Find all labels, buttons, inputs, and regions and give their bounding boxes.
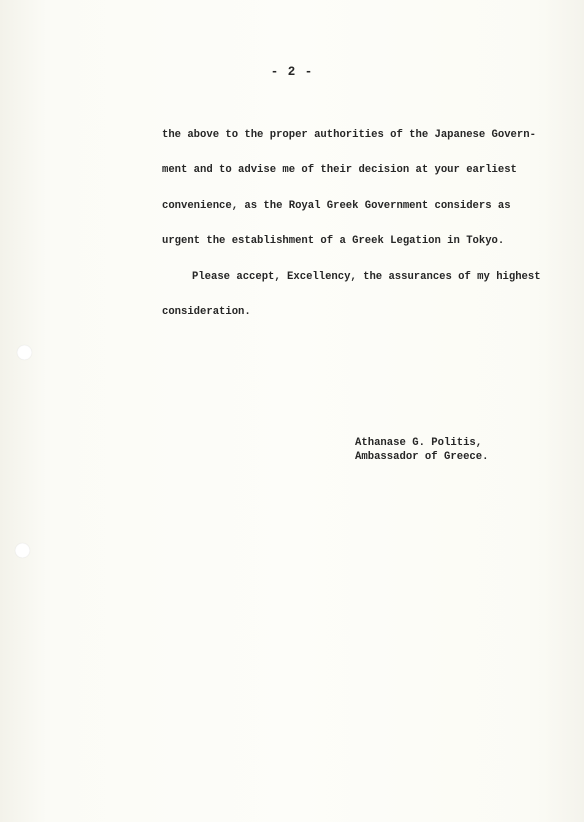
signer-name: Athanase G. Politis, — [355, 436, 489, 450]
closing-line: consideration. — [162, 303, 542, 338]
document-page: - 2 - the above to the proper authoritie… — [0, 0, 584, 822]
signature-block: Athanase G. Politis, Ambassador of Greec… — [355, 436, 489, 464]
signer-title: Ambassador of Greece. — [355, 450, 489, 464]
page-number: - 2 - — [0, 65, 584, 79]
punch-hole-icon — [15, 543, 30, 558]
text-line: the above to the proper authorities of t… — [162, 126, 542, 161]
text-line: urgent the establishment of a Greek Lega… — [162, 232, 542, 267]
text-line: convenience, as the Royal Greek Governme… — [162, 197, 542, 232]
closing-line: Please accept, Excellency, the assurance… — [162, 268, 542, 303]
punch-hole-icon — [17, 345, 32, 360]
text-line: ment and to advise me of their decision … — [162, 161, 542, 196]
letter-body: the above to the proper authorities of t… — [162, 126, 542, 338]
